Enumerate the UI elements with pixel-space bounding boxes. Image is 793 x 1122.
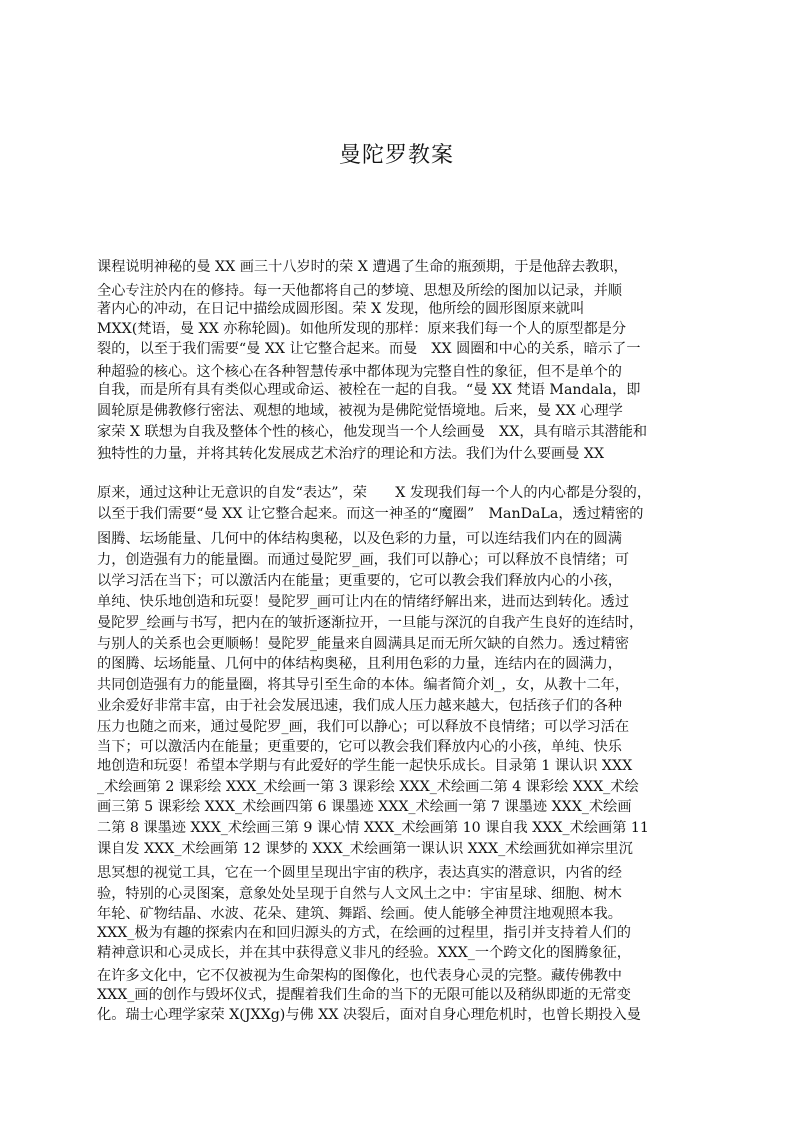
text-line: 年轮、矿物结晶、水波、花朵、建筑、舞蹈、绘画。使人能够全神贯注地观照本我。 xyxy=(97,905,622,923)
text-line: 单纯、快乐地创造和玩耍！曼陀罗_画可让内在的情绪纾解出来，进而达到转化。透过 xyxy=(97,593,629,611)
text-line: 裂的，以至于我们需要“曼 XX 让它整合起来。而曼 XX 圆圈和中心的关系，暗示… xyxy=(97,340,641,358)
text-line: MXX(梵语，曼 XX 亦称轮圆)。如他所发现的那样：原来我们每一个人的原型都是… xyxy=(97,320,626,338)
text-line: 著内心的冲动，在日记中描绘成圆形图。荣 X 发现，他所绘的圆形图原来就叫 xyxy=(97,300,584,318)
text-line: _术绘画第 2 课彩绘 XXX_术绘画一第 3 课彩绘 XXX_术绘画二第 4 … xyxy=(97,778,639,796)
text-line: XXX_画的创作与毁坏仪式，提醒着我们生命的当下的无限可能以及稍纵即逝的无常变 xyxy=(97,986,631,1004)
text-line: 以至于我们需要“曼 XX 让它整合起来。而这一神圣的“魔圈” ManDaLa，透… xyxy=(97,505,643,523)
text-line: 种超验的核心。这个核心在各种智慧传承中都体现为完整自性的象征，但不是单个的 xyxy=(97,363,622,381)
text-line: 独特性的力量，并将其转化发展成艺术治疗的理论和方法。我们为什么要画曼 XX xyxy=(97,445,604,463)
text-line: 曼陀罗_绘画与书写，把内在的皱折逐渐拉开，一旦能与深沉的自我产生良好的连结时， xyxy=(97,614,643,632)
text-line: 课自发 XXX_术绘画第 12 课梦的 XXX_术绘画第一课认识 XXX_术绘画… xyxy=(97,840,633,858)
text-line: 二第 8 课墨迹 XXX_术绘画三第 9 课心情 XXX_术绘画第 10 课自我… xyxy=(97,819,649,837)
text-line: 家荣 X 联想为自我及整体个性的核心，他发现当一个人绘画曼 XX，具有暗示其潜能… xyxy=(97,423,647,441)
text-line: 地创造和玩耍！希望本学期与有此爱好的学生能一起快乐成长。目录第 1 课认识 XX… xyxy=(97,757,632,775)
text-line: 以学习活在当下；可以激活内在能量；更重要的，它可以教会我们释放内心的小孩， xyxy=(97,572,622,590)
text-line: 在许多文化中，它不仅被视为生命架构的图像化，也代表身心灵的完整。藏传佛教中 xyxy=(97,967,622,985)
text-line: 力，创造强有力的能量圈。而通过曼陀罗_画，我们可以静心；可以释放不良情绪；可 xyxy=(97,551,629,569)
text-line: 自我，而是所有具有类似心理或命运、被栓在一起的自我。“曼 XX 梵语 Manda… xyxy=(97,381,640,399)
text-line: 业余爱好非常丰富，由于社会发展迅速，我们成人压力越来越大，包括孩子们的各种 xyxy=(97,697,622,715)
text-line: 原来，通过这种让无意识的自发“表达”，荣 X 发现我们每一个人的内心都是分裂的， xyxy=(97,484,651,502)
document-page: 曼陀罗教案 课程说明神秘的曼 XX 画三十八岁时的荣 X 遭遇了生命的瓶颈期，于… xyxy=(0,0,793,1122)
text-line: 压力也随之而来，通过曼陀罗_画，我们可以静心；可以释放不良情绪；可以学习活在 xyxy=(97,718,629,736)
text-line: 当下；可以激活内在能量；更重要的，它可以教会我们释放内心的小孩，单纯、快乐 xyxy=(97,738,622,756)
text-line: 圆轮原是佛教修行密法、观想的地域，被视为是佛陀觉悟境地。后来，曼 XX 心理学 xyxy=(97,402,623,420)
text-line: 思冥想的视觉工具，它在一个圆里呈现出宇宙的秩序，表达真实的潜意识，内省的经 xyxy=(97,864,622,882)
text-line: 化。瑞士心理学家荣 X(JXXg)与佛 XX 决裂后，面对自身心理危机时，也曾长… xyxy=(97,1006,641,1024)
text-line: 图腾、坛场能量、几何中的体结构奥秘，以及色彩的力量，可以连结我们内在的圆满 xyxy=(97,530,622,548)
text-line: 的图腾、坛场能量、几何中的体结构奥秘，且利用色彩的力量，连结内在的圆满力， xyxy=(97,655,622,673)
text-line: 共同创造强有力的能量圈，将其导引至生命的本体。编者简介刘_，女，从教十二年， xyxy=(97,676,629,694)
document-title: 曼陀罗教案 xyxy=(0,138,793,169)
text-line: 精神意识和心灵成长，并在其中获得意义非凡的经验。XXX_一个跨文化的图腾象征， xyxy=(97,944,631,962)
text-line: 验，特别的心灵图案，意象处处呈现于自然与人文风土之中：宇宙星球、细胞、树木 xyxy=(97,885,622,903)
text-line: 全心专注於内在的修持。每一天他都将自己的梦境、思想及所绘的图加以记录，并顺 xyxy=(97,282,622,300)
text-line: 课程说明神秘的曼 XX 画三十八岁时的荣 X 遭遇了生命的瓶颈期，于是他辞去教职… xyxy=(97,258,628,276)
text-line: XXX_极为有趣的探索内在和回归源头的方式，在绘画的过程里，指引并支持着人们的 xyxy=(97,924,631,942)
text-line: 画三第 5 课彩绘 XXX_术绘画四第 6 课墨迹 XXX_术绘画一第 7 课墨… xyxy=(97,798,632,816)
text-line: 与别人的关系也会更顺畅！曼陀罗_能量来自圆满具足而无所欠缺的自然力。透过精密 xyxy=(97,635,629,653)
